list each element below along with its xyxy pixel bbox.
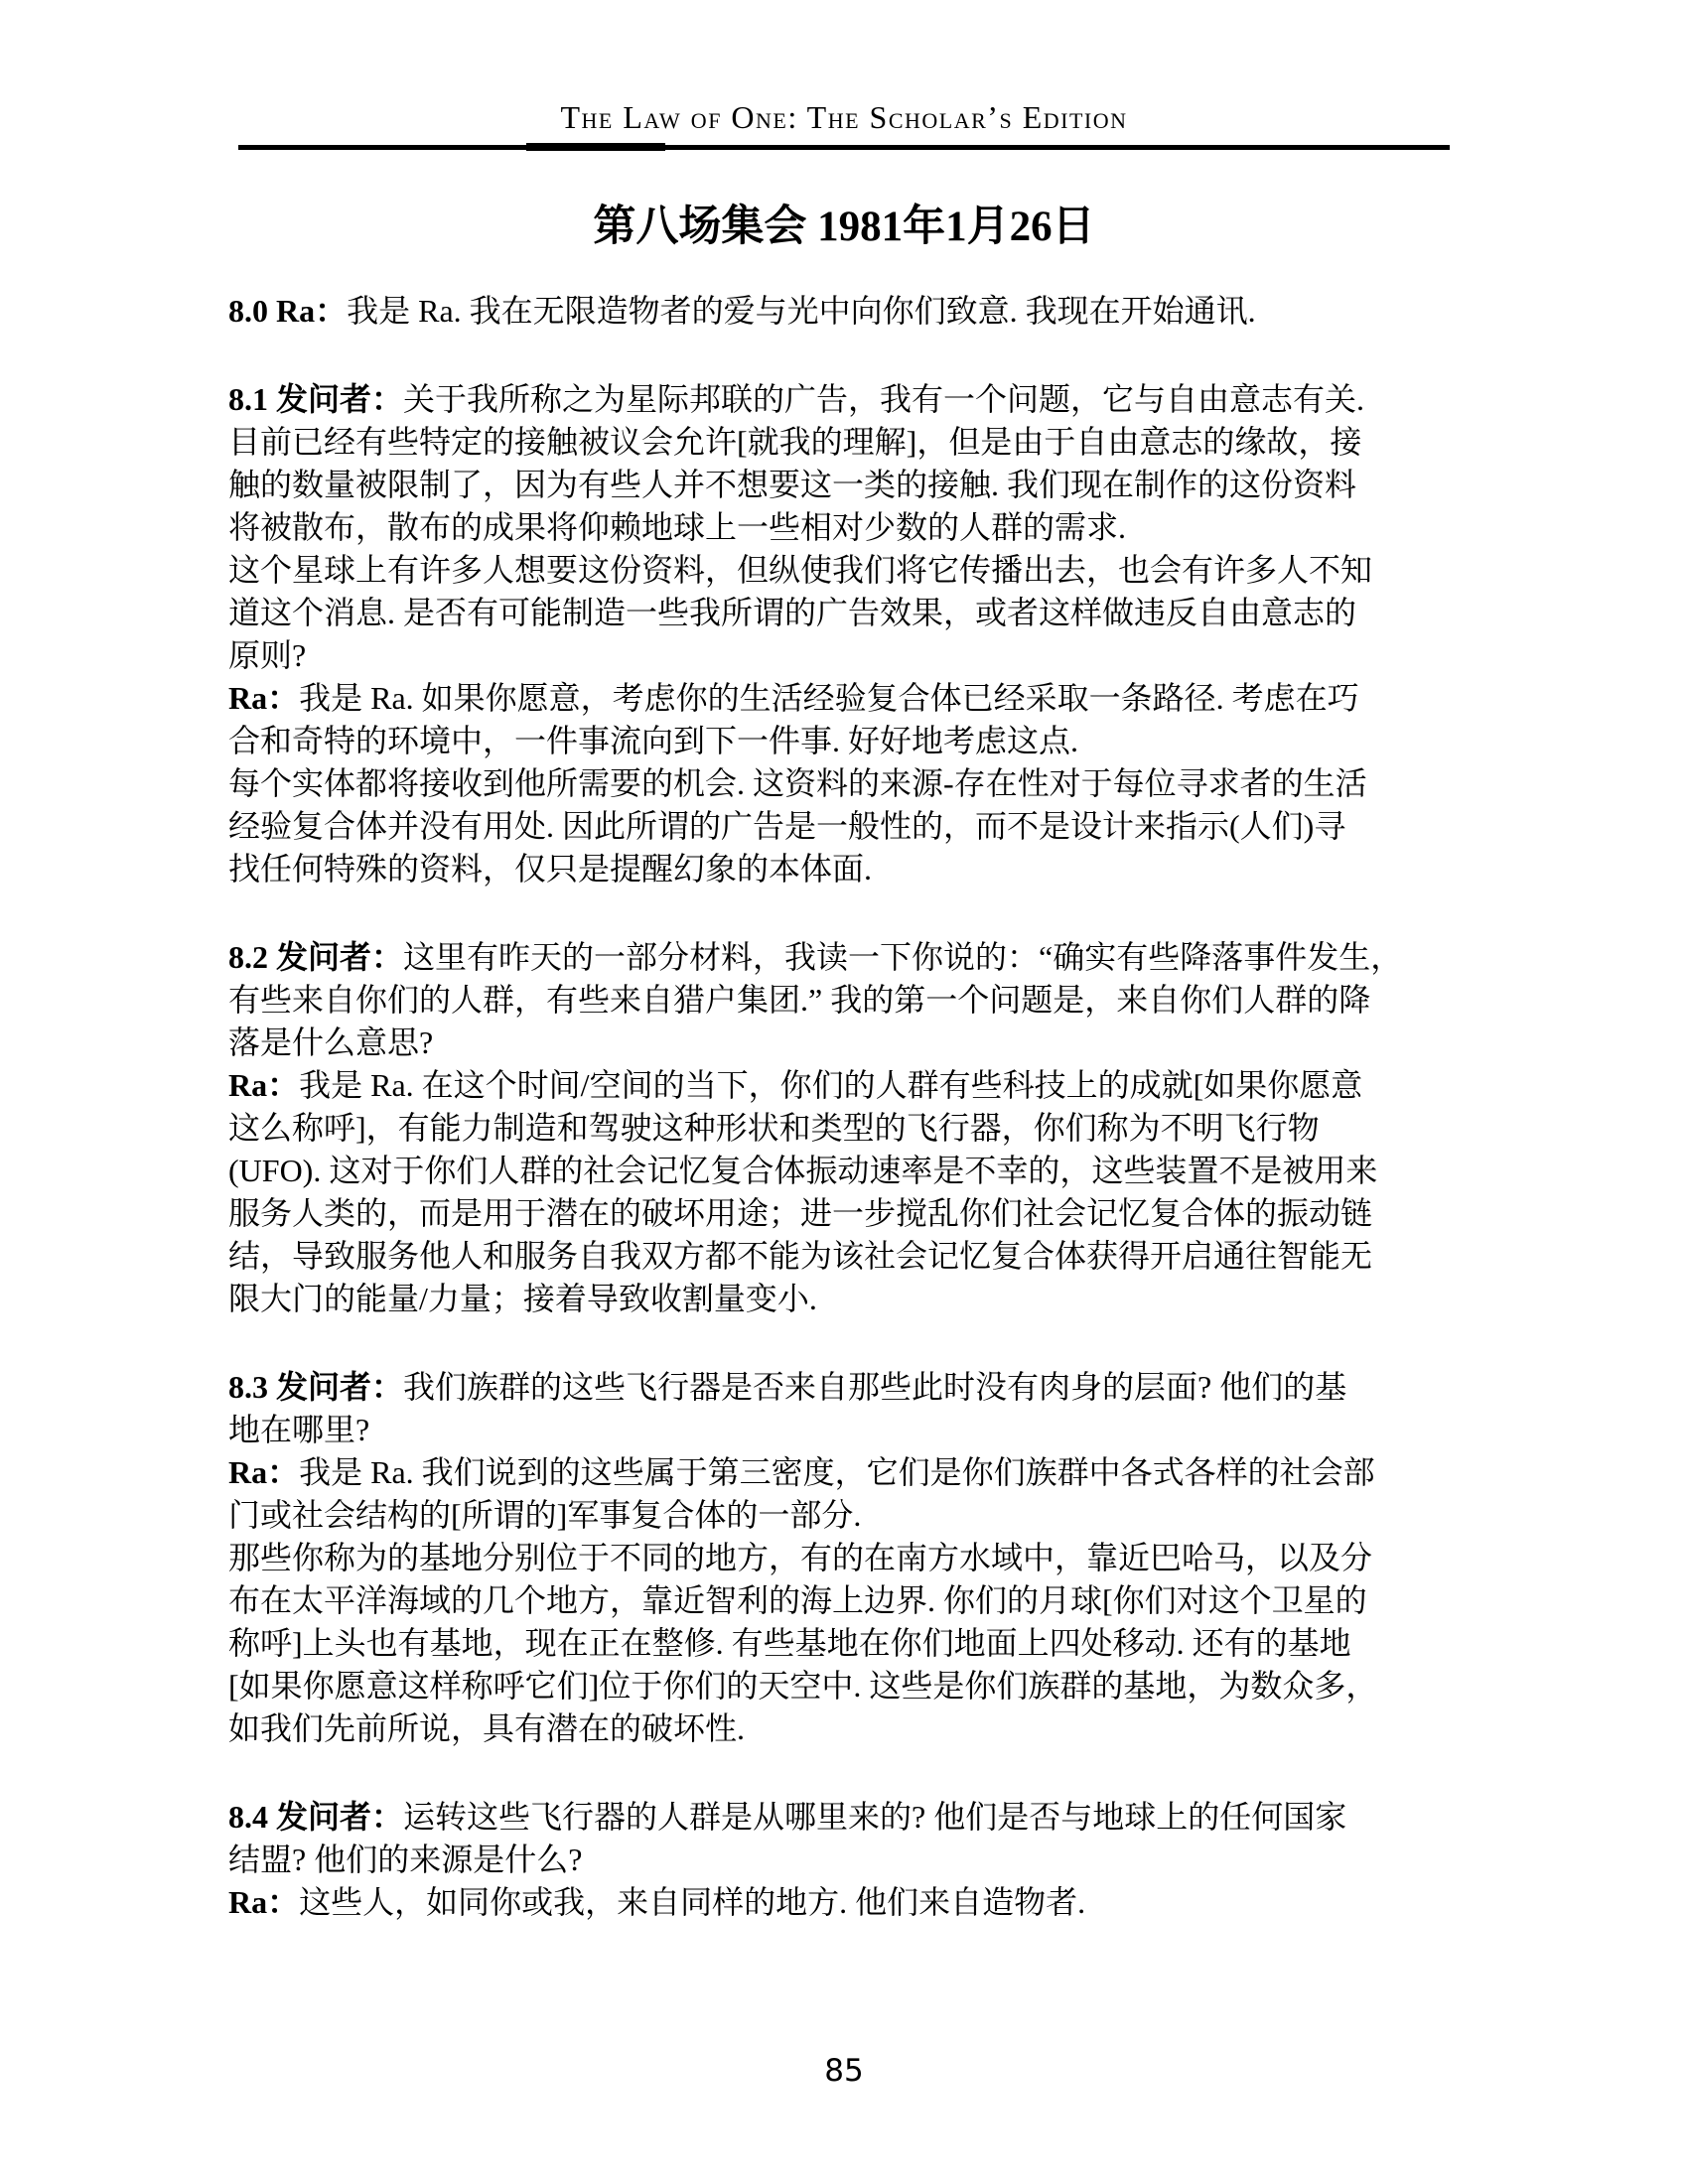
text-line: [如果你愿意这样称呼它们]位于你们的天空中. 这些是你们族群的基地，为数众多， <box>228 1665 1509 1707</box>
text-line: 8.1 发问者：关于我所称之为星际邦联的广告，我有一个问题，它与自由意志有关. <box>228 378 1509 421</box>
text-line: 8.0 Ra：我是 Ra. 我在无限造物者的爱与光中向你们致意. 我现在开始通讯… <box>228 290 1509 333</box>
speaker-label: Ra： <box>228 1884 299 1920</box>
text-line: 称呼]上头也有基地，现在正在整修. 有些基地在你们地面上四处移动. 还有的基地 <box>228 1622 1509 1665</box>
text-line: 服务人类的，而是用于潜在的破坏用途；进一步搅乱你们社会记忆复合体的振动链 <box>228 1192 1509 1235</box>
speaker-label: 8.4 发问者： <box>228 1799 403 1835</box>
speaker-label: 8.3 发问者： <box>228 1369 403 1405</box>
qa-section-8-4: 8.4 发问者：运转这些飞行器的人群是从哪里来的? 他们是否与地球上的任何国家 … <box>228 1796 1509 1924</box>
text-run: 我们族群的这些飞行器是否来自那些此时没有肉身的层面? 他们的基 <box>403 1369 1346 1405</box>
text-line: 结，导致服务他人和服务自我双方都不能为该社会记忆复合体获得开启通往智能无 <box>228 1235 1509 1278</box>
text-line: 那些你称为的基地分别位于不同的地方，有的在南方水域中，靠近巴哈马，以及分 <box>228 1537 1509 1579</box>
text-line: 门或社会结构的[所谓的]军事复合体的一部分. <box>228 1494 1509 1537</box>
text-run: 我是 Ra. 我在无限造物者的爱与光中向你们致意. 我现在开始通讯. <box>347 293 1256 329</box>
body-text: 8.0 Ra：我是 Ra. 我在无限造物者的爱与光中向你们致意. 我现在开始通讯… <box>228 290 1509 1924</box>
text-line: 找任何特殊的资料，仅只是提醒幻象的本体面. <box>228 848 1509 890</box>
text-run: 运转这些飞行器的人群是从哪里来的? 他们是否与地球上的任何国家 <box>403 1799 1346 1835</box>
text-line: 将被散布，散布的成果将仰赖地球上一些相对少数的人群的需求. <box>228 506 1509 549</box>
session-title: 第八场集会 1981年1月26日 <box>0 193 1688 253</box>
text-line: 经验复合体并没有用处. 因此所谓的广告是一般性的，而不是设计来指示(人们)寻 <box>228 805 1509 848</box>
text-run: 我是 Ra. 在这个时间/空间的当下，你们的人群有些科技上的成就[如果你愿意 <box>299 1067 1362 1103</box>
text-run: 这些人，如同你或我，来自同样的地方. 他们来自造物者. <box>299 1884 1085 1920</box>
text-line: 有些来自你们的人群，有些来自猎户集团.” 我的第一个问题是，来自你们人群的降 <box>228 979 1509 1022</box>
text-run: 我是 Ra. 如果你愿意，考虑你的生活经验复合体已经采取一条路径. 考虑在巧 <box>299 680 1359 716</box>
speaker-label: 8.1 发问者： <box>228 381 403 417</box>
header-rule <box>238 145 1450 150</box>
qa-section-8-3: 8.3 发问者：我们族群的这些飞行器是否来自那些此时没有肉身的层面? 他们的基 … <box>228 1366 1509 1750</box>
text-line: 原则? <box>228 634 1509 677</box>
text-line: 这个星球上有许多人想要这份资料，但纵使我们将它传播出去，也会有许多人不知 <box>228 549 1509 592</box>
running-header: The Law of One: The Scholar’s Edition <box>0 99 1688 136</box>
text-run: 这里有昨天的一部分材料，我读一下你说的：“确实有些降落事件发生， <box>403 939 1402 975</box>
speaker-label: Ra： <box>228 1454 299 1490</box>
text-line: 触的数量被限制了，因为有些人并不想要这一类的接触. 我们现在制作的这份资料 <box>228 464 1509 506</box>
text-run: 关于我所称之为星际邦联的广告，我有一个问题，它与自由意志有关. <box>403 381 1364 417</box>
speaker-label: 8.0 Ra： <box>228 293 347 329</box>
text-line: 这么称呼]，有能力制造和驾驶这种形状和类型的飞行器，你们称为不明飞行物 <box>228 1107 1509 1150</box>
text-line: 落是什么意思? <box>228 1022 1509 1064</box>
text-line: 道这个消息. 是否有可能制造一些我所谓的广告效果，或者这样做违反自由意志的 <box>228 592 1509 634</box>
header-rule-accent <box>526 143 665 151</box>
text-line: Ra：我是 Ra. 在这个时间/空间的当下，你们的人群有些科技上的成就[如果你愿… <box>228 1064 1509 1107</box>
speaker-label: 8.2 发问者： <box>228 939 403 975</box>
text-line: 地在哪里? <box>228 1409 1509 1451</box>
speaker-label: Ra： <box>228 680 299 716</box>
text-line: (UFO). 这对于你们人群的社会记忆复合体振动速率是不幸的，这些装置不是被用来 <box>228 1150 1509 1192</box>
text-line: Ra：我是 Ra. 我们说到的这些属于第三密度，它们是你们族群中各式各样的社会部 <box>228 1451 1509 1494</box>
qa-section-8-2: 8.2 发问者：这里有昨天的一部分材料，我读一下你说的：“确实有些降落事件发生，… <box>228 936 1509 1320</box>
text-line: 合和奇特的环境中，一件事流向到下一件事. 好好地考虑这点. <box>228 720 1509 762</box>
text-line: Ra：我是 Ra. 如果你愿意，考虑你的生活经验复合体已经采取一条路径. 考虑在… <box>228 677 1509 720</box>
page-number: 85 <box>0 2053 1688 2089</box>
text-line: 目前已经有些特定的接触被议会允许[就我的理解]，但是由于自由意志的缘故，接 <box>228 421 1509 464</box>
text-line: 如我们先前所说，具有潜在的破坏性. <box>228 1707 1509 1750</box>
text-line: 8.3 发问者：我们族群的这些飞行器是否来自那些此时没有肉身的层面? 他们的基 <box>228 1366 1509 1409</box>
text-line: Ra：这些人，如同你或我，来自同样的地方. 他们来自造物者. <box>228 1881 1509 1924</box>
text-line: 8.2 发问者：这里有昨天的一部分材料，我读一下你说的：“确实有些降落事件发生， <box>228 936 1509 979</box>
text-line: 结盟? 他们的来源是什么? <box>228 1839 1509 1881</box>
qa-section-8-1: 8.1 发问者：关于我所称之为星际邦联的广告，我有一个问题，它与自由意志有关. … <box>228 378 1509 890</box>
text-line: 布在太平洋海域的几个地方，靠近智利的海上边界. 你们的月球[你们对这个卫星的 <box>228 1579 1509 1622</box>
text-line: 每个实体都将接收到他所需要的机会. 这资料的来源-存在性对于每位寻求者的生活 <box>228 762 1509 805</box>
text-line: 8.4 发问者：运转这些飞行器的人群是从哪里来的? 他们是否与地球上的任何国家 <box>228 1796 1509 1839</box>
document-page: The Law of One: The Scholar’s Edition 第八… <box>0 0 1688 2184</box>
speaker-label: Ra： <box>228 1067 299 1103</box>
qa-section-8-0: 8.0 Ra：我是 Ra. 我在无限造物者的爱与光中向你们致意. 我现在开始通讯… <box>228 290 1509 333</box>
text-run: 我是 Ra. 我们说到的这些属于第三密度，它们是你们族群中各式各样的社会部 <box>299 1454 1375 1490</box>
text-line: 限大门的能量/力量；接着导致收割量变小. <box>228 1278 1509 1320</box>
